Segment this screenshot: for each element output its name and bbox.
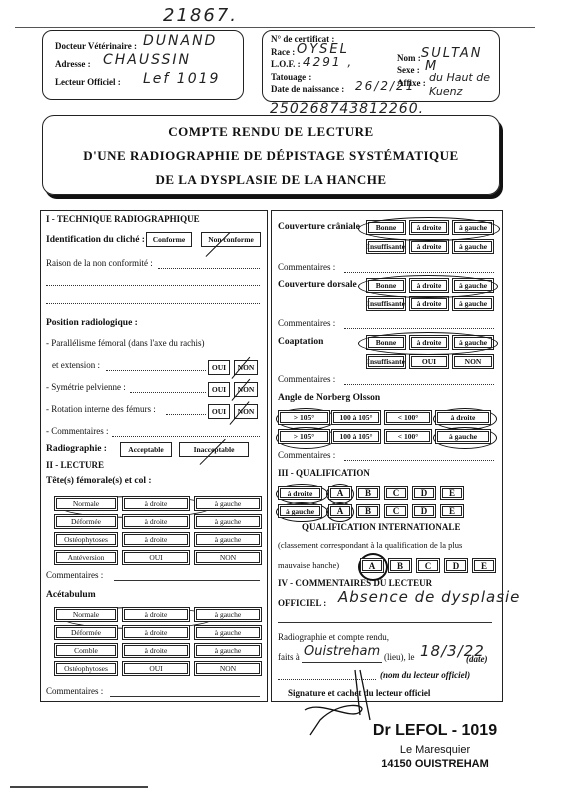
bottom-rule: [10, 786, 148, 788]
intl-desc-2: mauvaise hanche): [278, 560, 339, 570]
qual-gauche[interactable]: à gauche: [278, 504, 322, 518]
norberg-option[interactable]: > 105°: [278, 410, 330, 425]
lof-label: L.O.F. :: [271, 59, 301, 69]
file-number: 21867.: [163, 5, 238, 26]
head-cell[interactable]: à gauche: [194, 532, 262, 547]
qual-grade[interactable]: C: [384, 504, 408, 518]
head-comments-line[interactable]: [114, 580, 260, 581]
extension-oui[interactable]: OUI: [208, 360, 230, 375]
conforme-option[interactable]: Conforme: [146, 232, 192, 247]
reason-line-2[interactable]: [46, 285, 260, 286]
head-cell[interactable]: à droite: [122, 514, 190, 529]
intl-grade[interactable]: A: [360, 558, 384, 573]
identification-label: Identification du cliché :: [46, 235, 145, 245]
dog-info-box: N° de certificat : Race : OYSEL L.O.F. :…: [262, 30, 500, 102]
coaptation-droite[interactable]: à droite: [409, 335, 449, 350]
acet-cell[interactable]: à gauche: [194, 643, 262, 658]
acet-cell[interactable]: à droite: [122, 643, 190, 658]
sex-label: Sexe :: [397, 65, 420, 75]
reason-label: Raison de la non conformité :: [46, 258, 153, 268]
intl-desc-1: (classement correspondant à la qualifica…: [278, 540, 462, 550]
coaptation-comments-line[interactable]: [344, 384, 494, 385]
dorsal-label: Couverture dorsale: [278, 280, 357, 290]
faits-label: faits à: [278, 652, 300, 662]
acet-cell[interactable]: OUI: [122, 661, 190, 676]
cranial-comments: Commentaires :: [278, 262, 335, 272]
dorsal-insuffisante[interactable]: Insuffisante: [366, 296, 406, 311]
reader-name-label: (nom du lecteur officiel): [380, 670, 470, 680]
coaptation-gauche[interactable]: à gauche: [452, 335, 494, 350]
place-value[interactable]: Ouistreham: [304, 644, 380, 659]
head-cell[interactable]: OUI: [122, 550, 190, 565]
rotation-label: - Rotation interne des fémurs :: [46, 404, 156, 414]
radiography-label: Radiographie :: [46, 444, 107, 454]
head-cell[interactable]: à droite: [122, 532, 190, 547]
qual-grade[interactable]: B: [356, 504, 380, 518]
norberg-option[interactable]: < 100°: [384, 429, 432, 444]
norberg-option[interactable]: < 100°: [384, 410, 432, 425]
section-4-officiel: OFFICIEL :: [278, 598, 326, 608]
norberg-comments-line[interactable]: [344, 460, 494, 461]
non-conforme-option[interactable]: Non conforme: [201, 232, 261, 247]
comment-line: [278, 622, 492, 623]
extension-label: et extension :: [52, 360, 100, 370]
section-2-title: II - LECTURE: [46, 460, 104, 470]
dot-leader: [106, 370, 206, 371]
reason-line-1[interactable]: [158, 268, 260, 269]
norberg-droite[interactable]: à droite: [435, 410, 491, 425]
dot-leader: [130, 392, 206, 393]
intl-title: QUALIFICATION INTERNATIONALE: [302, 522, 460, 532]
address-label: Adresse :: [55, 59, 91, 69]
parallel-label: - Parallélisme fémoral (dans l'axe du ra…: [46, 338, 205, 348]
race-label: Race :: [271, 47, 295, 57]
intl-grade[interactable]: B: [388, 558, 412, 573]
cranial-bonne[interactable]: Bonne: [366, 220, 406, 235]
stamp-line-3: 14150 OUISTREHAM: [360, 758, 510, 770]
name-label: Nom :: [397, 53, 421, 63]
acet-cell[interactable]: à gauche: [194, 607, 262, 622]
qual-droite[interactable]: à droite: [278, 486, 322, 500]
qual-grade[interactable]: B: [356, 486, 380, 500]
comments-line[interactable]: [112, 436, 260, 437]
intl-grade[interactable]: C: [416, 558, 440, 573]
qual-grade[interactable]: E: [440, 504, 464, 518]
acceptable-option[interactable]: Acceptable: [120, 442, 172, 457]
qual-grade[interactable]: D: [412, 504, 436, 518]
dot-leader: [166, 414, 206, 415]
lof-value[interactable]: 4291 ,: [303, 55, 353, 69]
coaptation-insuffisante[interactable]: Insuffisante: [366, 354, 406, 369]
title-line-3: DE LA DYSPLASIE DE LA HANCHE: [43, 172, 499, 188]
dorsal-droite[interactable]: à droite: [409, 278, 449, 293]
reader-value[interactable]: Lef 1019: [143, 71, 220, 87]
vet-info-box: Docteur Vétérinaire : DUNAND Adresse : C…: [42, 30, 244, 100]
head-cell[interactable]: NON: [194, 550, 262, 565]
cranial-droite[interactable]: à droite: [409, 220, 449, 235]
qual-grade[interactable]: A: [328, 504, 352, 518]
head-label: Tête(s) fémorale(s) et col :: [46, 476, 152, 486]
head-cell[interactable]: Déformée: [54, 514, 118, 529]
cranial-insuffisante[interactable]: Insuffisante: [366, 239, 406, 254]
dorsal-comments-line[interactable]: [344, 328, 494, 329]
cranial-insuf-gauche[interactable]: à gauche: [452, 239, 494, 254]
dorsal-gauche[interactable]: à gauche: [452, 278, 494, 293]
lieu-label: (lieu), le: [384, 652, 415, 662]
head-cell[interactable]: à gauche: [194, 514, 262, 529]
acet-cell[interactable]: à droite: [122, 607, 190, 622]
title-line-1: COMPTE RENDU DE LECTURE: [43, 124, 499, 140]
head-cell[interactable]: Normale: [54, 496, 118, 511]
coaptation-comments: Commentaires :: [278, 374, 335, 384]
section-1-title: I - TECHNIQUE RADIOGRAPHIQUE: [46, 214, 200, 224]
section-3-title: III - QUALIFICATION: [278, 468, 370, 478]
acet-cell[interactable]: Déformée: [54, 625, 118, 640]
dorsal-bonne[interactable]: Bonne: [366, 278, 406, 293]
comments-label: - Commentaires :: [46, 426, 109, 436]
address-value[interactable]: CHAUSSIN: [103, 52, 191, 68]
acet-cell[interactable]: à droite: [122, 625, 190, 640]
rotation-oui[interactable]: OUI: [208, 404, 230, 419]
qual-grade[interactable]: E: [440, 486, 464, 500]
section-4-title: IV - COMMENTAIRES DU LECTEUR: [278, 578, 432, 588]
intl-grade[interactable]: E: [472, 558, 496, 573]
position-label: Position radiologique :: [46, 318, 138, 328]
qual-grade[interactable]: D: [412, 486, 436, 500]
affix-label: Affixe :: [397, 78, 426, 88]
tattoo-label: Tatouage :: [271, 72, 311, 82]
qual-grade[interactable]: C: [384, 486, 408, 500]
dob-label: Date de naissance :: [271, 84, 344, 94]
cranial-insuf-droite[interactable]: à droite: [409, 239, 449, 254]
head-cell[interactable]: Ostéophytoses: [54, 532, 118, 547]
norberg-comments: Commentaires :: [278, 450, 335, 460]
cranial-comments-line[interactable]: [344, 272, 494, 273]
norberg-label: Angle de Norberg Olsson: [278, 393, 380, 403]
intl-grade[interactable]: D: [444, 558, 468, 573]
doctor-value[interactable]: DUNAND: [143, 33, 217, 49]
acet-cell[interactable]: Normale: [54, 607, 118, 622]
acet-comments-label: Commentaires :: [46, 686, 103, 696]
acet-cell[interactable]: à gauche: [194, 625, 262, 640]
top-rule: [15, 27, 535, 28]
acet-comments-line[interactable]: [110, 696, 260, 697]
cranial-label: Couverture crâniale: [278, 222, 360, 232]
norberg-gauche[interactable]: à gauche: [435, 429, 491, 444]
stamp-line-2: Le Maresquier: [360, 744, 510, 756]
acetabulum-label: Acétabulum: [46, 590, 96, 600]
head-cell[interactable]: à droite: [122, 496, 190, 511]
head-comments-label: Commentaires :: [46, 570, 103, 580]
symmetry-oui[interactable]: OUI: [208, 382, 230, 397]
date-label: (date): [466, 654, 488, 664]
dorsal-comments: Commentaires :: [278, 318, 335, 328]
norberg-option[interactable]: 100 à 105°: [331, 429, 381, 444]
dorsal-insuf-droite[interactable]: à droite: [409, 296, 449, 311]
acet-cell[interactable]: Ostéophytoses: [54, 661, 118, 676]
reader-comment-value[interactable]: Absence de dysplasie: [338, 588, 520, 606]
cranial-gauche[interactable]: à gauche: [452, 220, 494, 235]
title-line-2: D'UNE RADIOGRAPHIE DE DÉPISTAGE SYSTÉMAT…: [43, 148, 499, 164]
doctor-label: Docteur Vétérinaire :: [55, 41, 137, 51]
radio-label: Radiographie et compte rendu,: [278, 632, 389, 642]
symmetry-label: - Symétrie pelvienne :: [46, 382, 126, 392]
dorsal-insuf-gauche[interactable]: à gauche: [452, 296, 494, 311]
reader-label: Lecteur Officiel :: [55, 77, 121, 87]
head-cell[interactable]: Antéversion: [54, 550, 118, 565]
norberg-option[interactable]: 100 à 105°: [331, 410, 381, 425]
stamp-name: Dr LEFOL - 1019: [360, 722, 510, 740]
head-cell[interactable]: à gauche: [194, 496, 262, 511]
reason-line-3[interactable]: [46, 303, 260, 304]
acet-cell[interactable]: Comble: [54, 643, 118, 658]
coaptation-bonne[interactable]: Bonne: [366, 335, 406, 350]
coaptation-oui[interactable]: OUI: [409, 354, 449, 369]
qual-grade[interactable]: A: [328, 486, 352, 500]
coaptation-label: Coaptation: [278, 337, 323, 347]
acet-cell[interactable]: NON: [194, 661, 262, 676]
title-box: COMPTE RENDU DE LECTURE D'UNE RADIOGRAPH…: [42, 115, 500, 195]
affix-value[interactable]: du Haut de Kuenz: [429, 71, 509, 99]
coaptation-non[interactable]: NON: [452, 354, 494, 369]
norberg-option[interactable]: > 105°: [278, 429, 330, 444]
